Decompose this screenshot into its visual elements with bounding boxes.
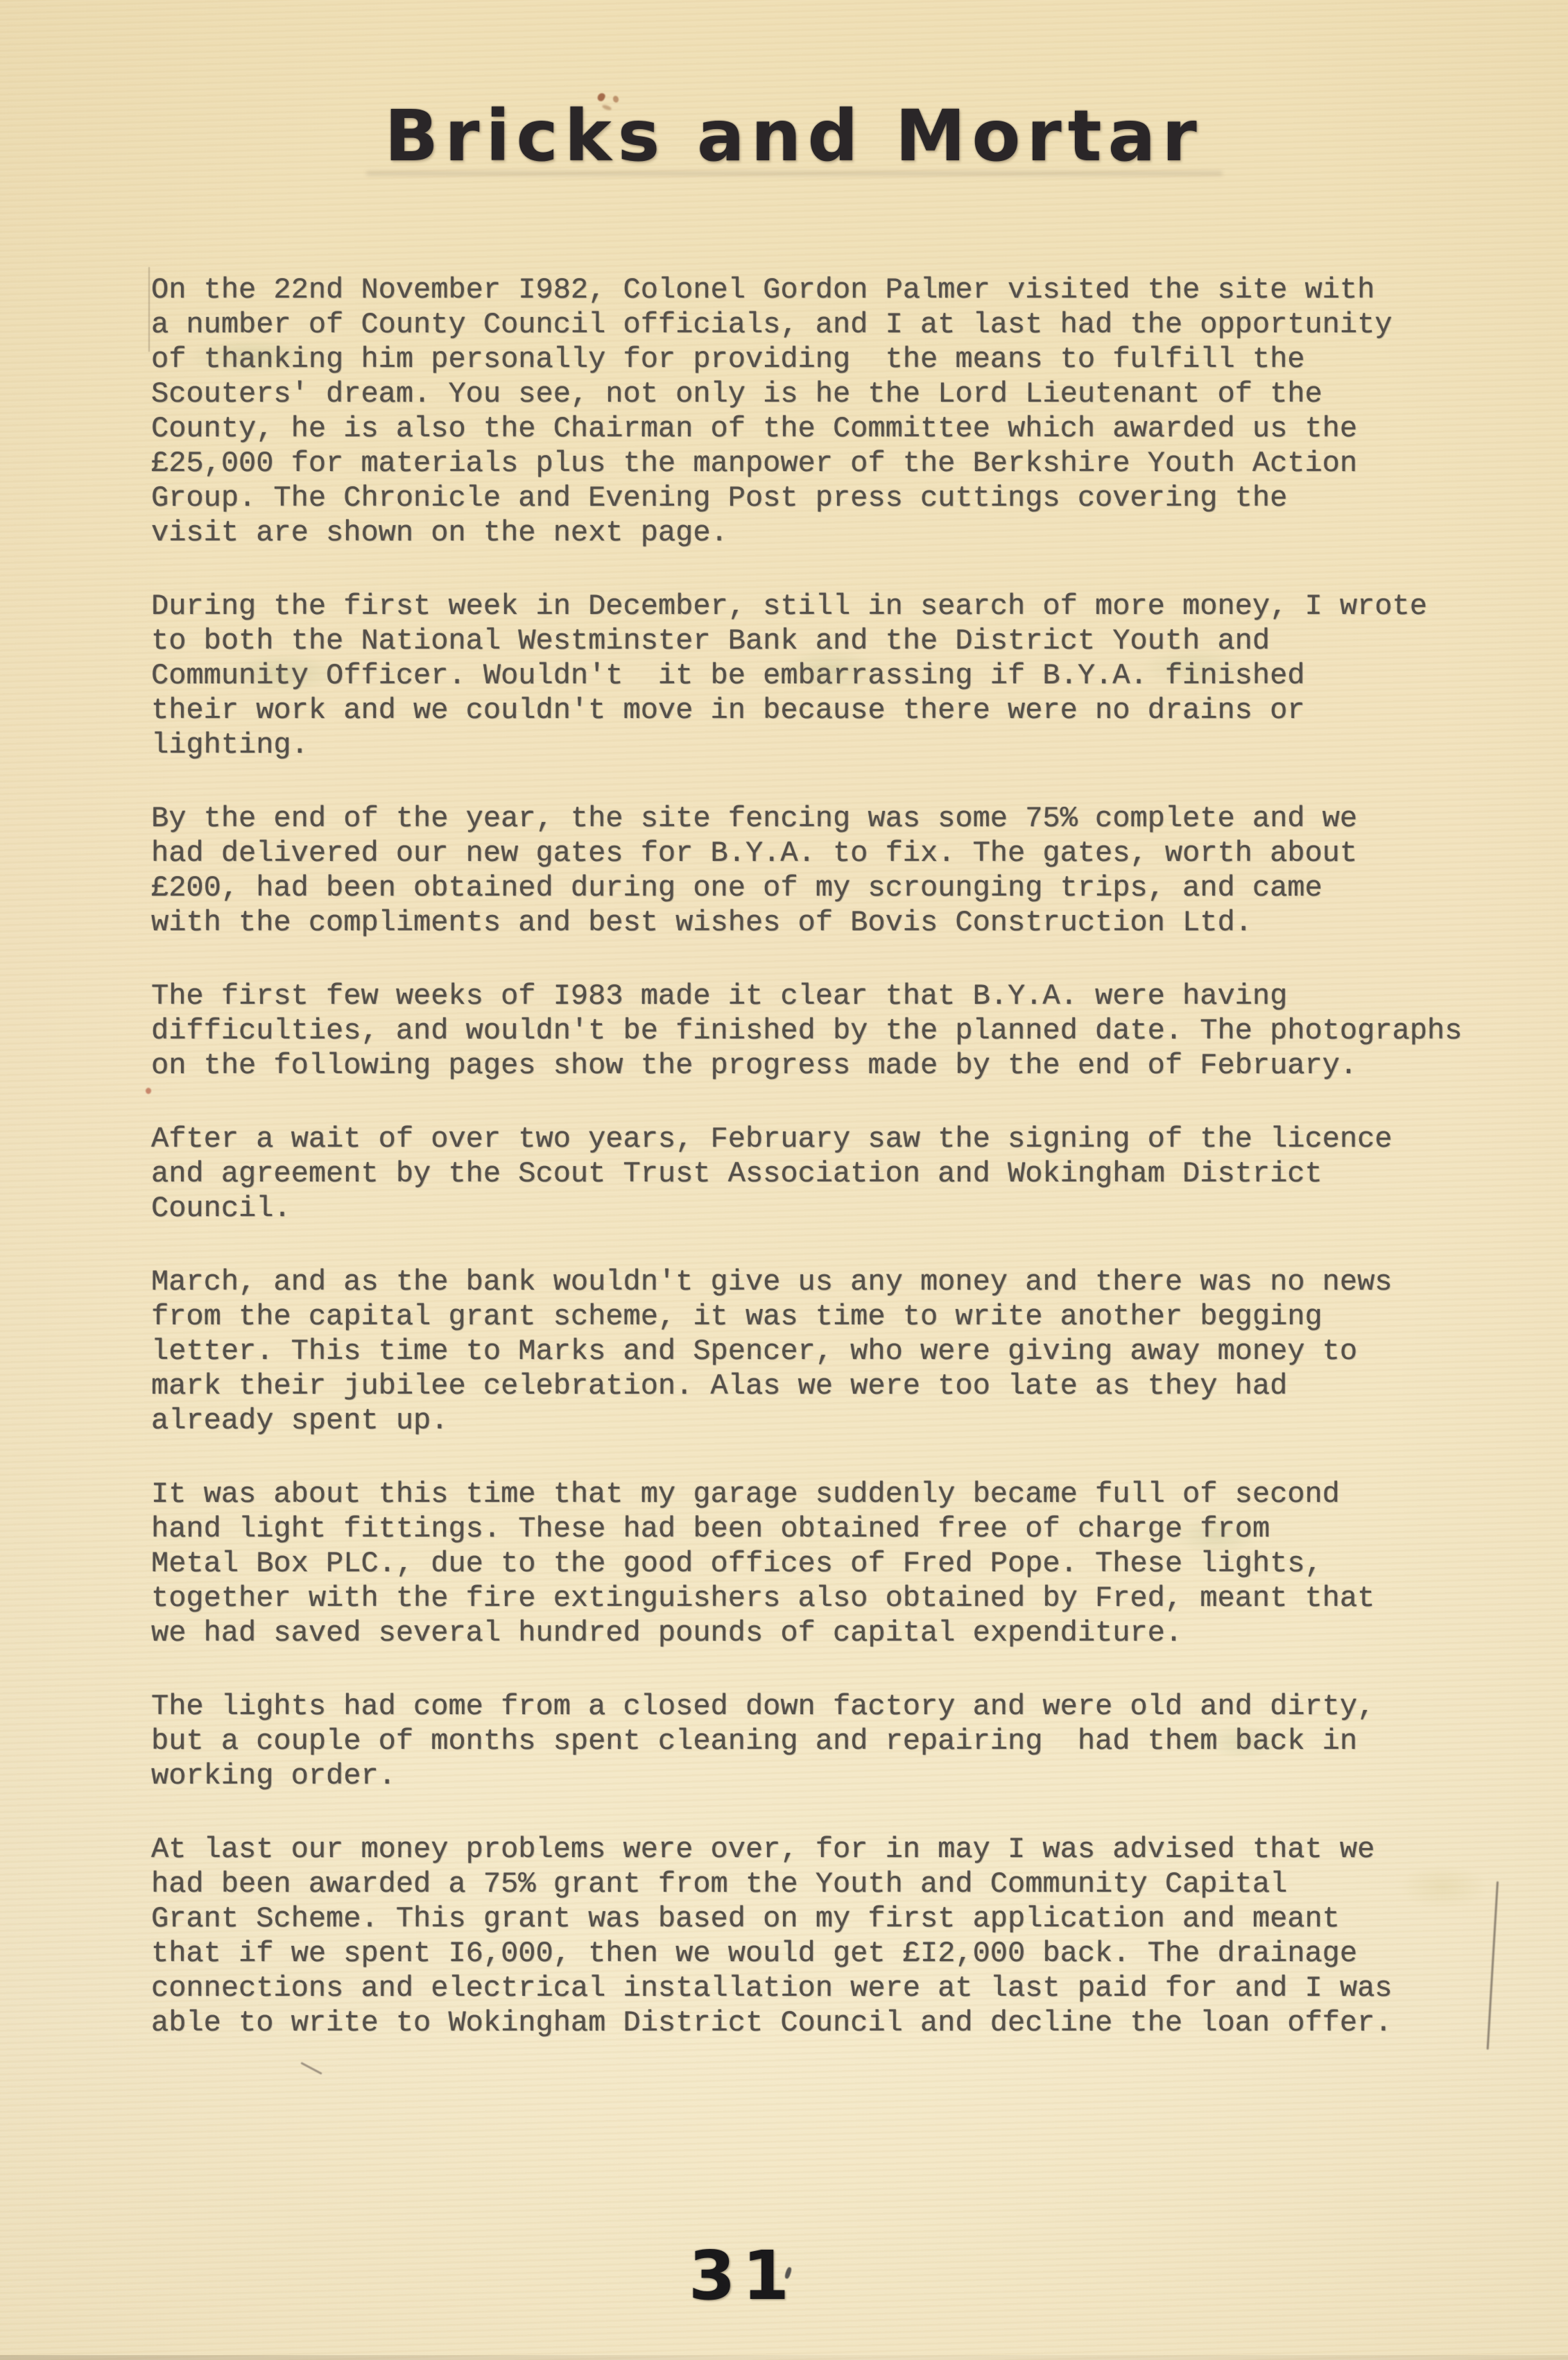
pen-line-right-margin [1487,1881,1499,2050]
page-title: Bricks and Mortar [384,101,1203,172]
paragraph: After a wait of over two years, February… [151,1122,1462,1226]
body-text: On the 22nd November I982, Colonel Gordo… [151,273,1462,2079]
paragraph: It was about this time that my garage su… [151,1477,1462,1650]
paragraph: At last our money problems were over, fo… [151,1832,1462,2040]
paragraph: On the 22nd November I982, Colonel Gordo… [151,273,1462,550]
scanned-document-page: Bricks and Mortar On the 22nd November I… [0,0,1568,2360]
paragraph: The lights had come from a closed down f… [151,1689,1462,1793]
red-ink-speck [146,1088,151,1094]
page-number: 31 [689,2242,796,2309]
paragraph: During the first week in December, still… [151,589,1462,762]
paragraph: By the end of the year, the site fencing… [151,801,1462,940]
title-underline-smudge [366,171,1223,176]
margin-crease-line [148,267,150,352]
paper-bottom-edge [0,2355,1568,2360]
paragraph: March, and as the bank wouldn't give us … [151,1265,1462,1438]
paragraph: The first few weeks of I983 made it clea… [151,979,1462,1083]
